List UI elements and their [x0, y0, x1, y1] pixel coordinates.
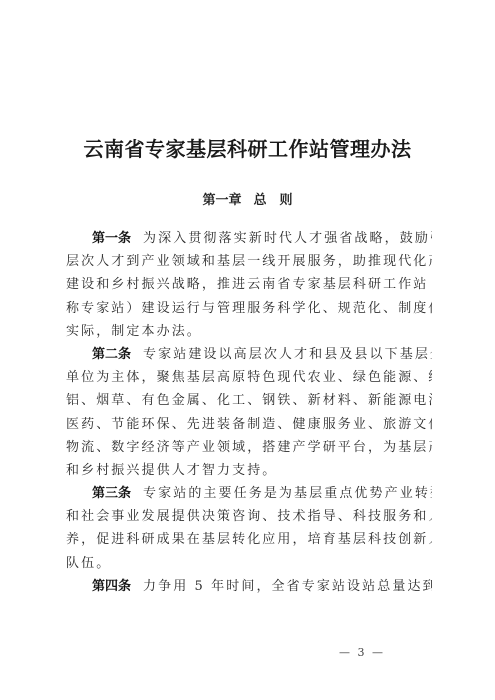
- article-label: 第一条: [92, 231, 131, 246]
- article-3-line-2: 和社会事业发展提供决策咨询、技术指导、科技服务和人才培: [66, 505, 432, 528]
- article-label: 第三条: [92, 486, 131, 501]
- article-3-line-3: 养，促进科研成果在基层转化应用，培育基层科技创新人才: [66, 528, 432, 551]
- article-2-line-6: 和乡村振兴提供人才智力支持。: [66, 459, 432, 482]
- document-title: 云南省专家基层科研工作站管理办法: [0, 133, 495, 162]
- article-1-line-5: 实际，制定本办法。: [66, 320, 432, 343]
- article-1-line-2: 层次人才到产业领域和基层一线开展服务，助推现代化产业体系: [66, 250, 432, 273]
- chapter-number: 第一章: [202, 193, 241, 208]
- article-1-line-1: 第一条为深入贯彻落实新时代人才强省战略，鼓励引导高: [66, 227, 432, 250]
- article-label: 第四条: [92, 579, 131, 594]
- chapter-name: 总 则: [254, 193, 293, 208]
- article-1-line-4: 称专家站）建设运行与管理服务科学化、规范化、制度化。结合: [66, 297, 432, 320]
- article-label: 第二条: [92, 347, 131, 362]
- article-2-line-3: 铝、烟草、有色金属、化工、钢铁、新材料、新能源电池、生物: [66, 389, 432, 412]
- article-3-line-4: 队伍。: [66, 552, 432, 575]
- article-2-line-2: 单位为主体，聚焦基层高原特色现代农业、绿色能源、绿色硅: [66, 366, 432, 389]
- article-2-line-4: 医药、节能环保、先进装备制造、健康服务业、旅游文化、现代: [66, 413, 432, 436]
- article-2-line-5: 物流、数字经济等产业领域，搭建产学研平台，为基层产业发展: [66, 436, 432, 459]
- article-4-line-1: 第四条力争用 5 年时间，全省专家站设站总量达到 1000: [66, 575, 432, 598]
- document-body: 第一条为深入贯彻落实新时代人才强省战略，鼓励引导高 层次人才到产业领域和基层一线…: [66, 227, 432, 598]
- chapter-heading: 第一章总 则: [0, 189, 495, 208]
- article-2-line-1: 第二条专家站建设以高层次人才和县及县以下基层企事业: [66, 343, 432, 366]
- article-3-line-1: 第三条专家站的主要任务是为基层重点优势产业转型升级: [66, 482, 432, 505]
- article-1-line-3: 建设和乡村振兴战略，推进云南省专家基层科研工作站（以下简: [66, 273, 432, 296]
- page-number: — 3 —: [339, 646, 385, 659]
